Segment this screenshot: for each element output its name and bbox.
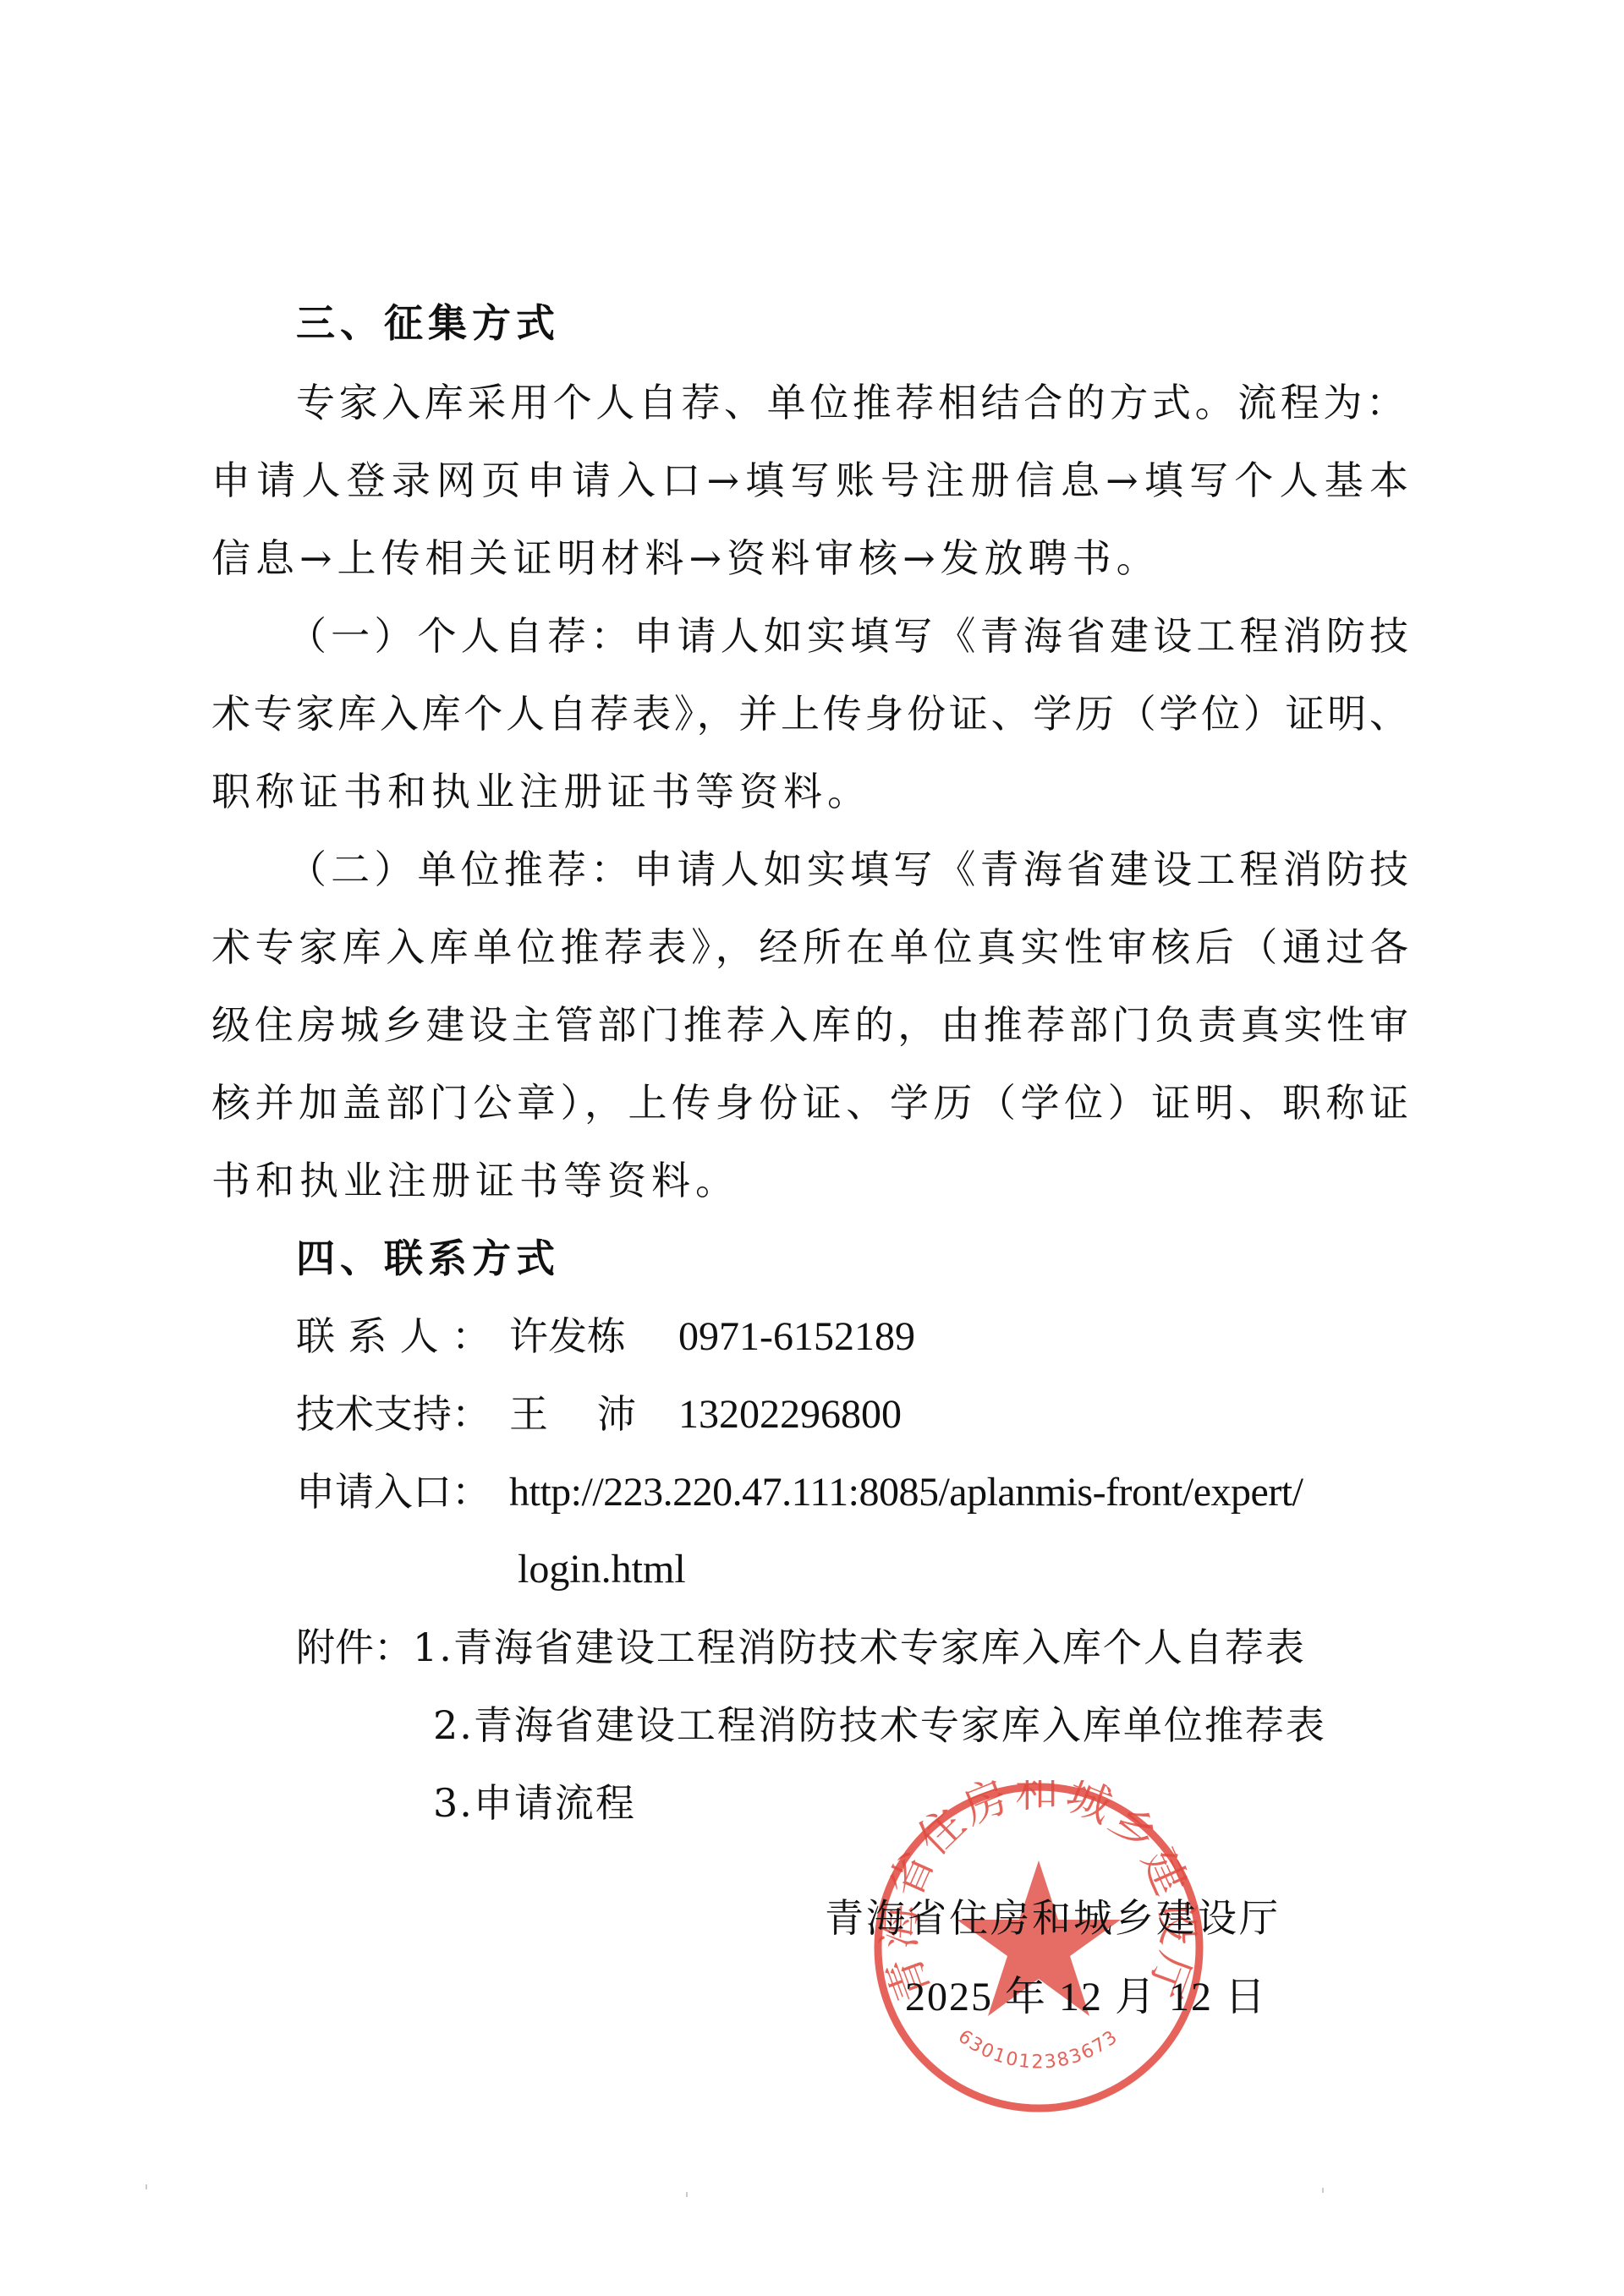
self-recommend-line-2: 术专家库入库个人自荐表》，并上传身份证、学历（学位）证明、 xyxy=(211,688,1408,739)
section-heading-collection-method: 三、征集方式 xyxy=(296,298,560,348)
scan-speck xyxy=(145,2184,147,2189)
intro-line-1: 专家入库采用个人自荐、单位推荐相结合的方式。流程为： xyxy=(296,377,1408,428)
attachments-label: 附件： xyxy=(296,1625,413,1670)
tech-support-row: 技术支持：王沛13202296800 xyxy=(296,1389,902,1440)
tech-support-label: 技术支持： xyxy=(296,1389,491,1439)
scan-speck xyxy=(686,2192,688,2197)
attachment-item-1: 1.青海省建设工程消防技术专家库入库个人自荐表 xyxy=(413,1625,1306,1670)
intro-line-3: 信息→上传相关证明材料→资料审核→发放聘书。 xyxy=(211,533,1160,584)
unit-recommend-line-4: 核并加盖部门公章），上传身份证、学历（学位）证明、职称证 xyxy=(211,1077,1408,1128)
unit-recommend-line-3: 级住房城乡建设主管部门推荐入库的，由推荐部门负责真实性审 xyxy=(211,1000,1408,1050)
signature-date: 2025 年 12 月 12 日 xyxy=(905,1964,1267,2022)
unit-recommend-line-2: 术专家库入库单位推荐表》，经所在单位真实性审核后（通过各 xyxy=(211,922,1408,973)
self-recommend-line-3: 职称证书和执业注册证书等资料。 xyxy=(211,766,871,817)
tech-support-phone: 13202296800 xyxy=(678,1392,902,1437)
attachment-row-1: 附件：1.青海省建设工程消防技术专家库入库个人自荐表 xyxy=(296,1622,1306,1673)
entry-url-line-2[interactable]: login.html xyxy=(518,1544,686,1595)
attachment-item-2: 2.青海省建设工程消防技术专家库入库单位推荐表 xyxy=(433,1700,1326,1751)
official-seal-stamp-icon: 青海省住房和城乡建设厅 6301012383673 xyxy=(871,1780,1206,2115)
unit-recommend-line-5: 书和执业注册证书等资料。 xyxy=(211,1155,739,1206)
svg-text:6301012383673: 6301012383673 xyxy=(954,2026,1122,2074)
scan-speck xyxy=(1322,2188,1324,2193)
tech-support-name: 王沛 xyxy=(509,1389,636,1439)
contact-phone: 0971-6152189 xyxy=(678,1314,915,1359)
section-heading-contact: 四、联系方式 xyxy=(296,1233,560,1284)
signature-org: 青海省住房和城乡建设厅 xyxy=(825,1888,1281,1943)
attachment-item-3: 3.申请流程 xyxy=(433,1778,636,1828)
unit-recommend-line-1: （二）单位推荐：申请人如实填写《青海省建设工程消防技 xyxy=(288,844,1408,895)
contact-row: 联系人：许发栋0971-6152189 xyxy=(296,1311,915,1362)
entry-label: 申请入口： xyxy=(296,1466,491,1517)
contact-name: 许发栋 xyxy=(509,1311,678,1362)
contact-label: 联系人： xyxy=(296,1311,491,1362)
self-recommend-line-1: （一）个人自荐：申请人如实填写《青海省建设工程消防技 xyxy=(288,611,1408,661)
document-page: 三、征集方式 专家入库采用个人自荐、单位推荐相结合的方式。流程为： 申请人登录网… xyxy=(0,0,1624,2296)
entry-row: 申请入口：http://223.220.47.111:8085/aplanmis… xyxy=(296,1466,1303,1518)
intro-line-2: 申请人登录网页申请入口→填写账号注册信息→填写个人基本 xyxy=(211,455,1408,506)
entry-url-line-1[interactable]: http://223.220.47.111:8085/aplanmis-fron… xyxy=(509,1470,1303,1515)
